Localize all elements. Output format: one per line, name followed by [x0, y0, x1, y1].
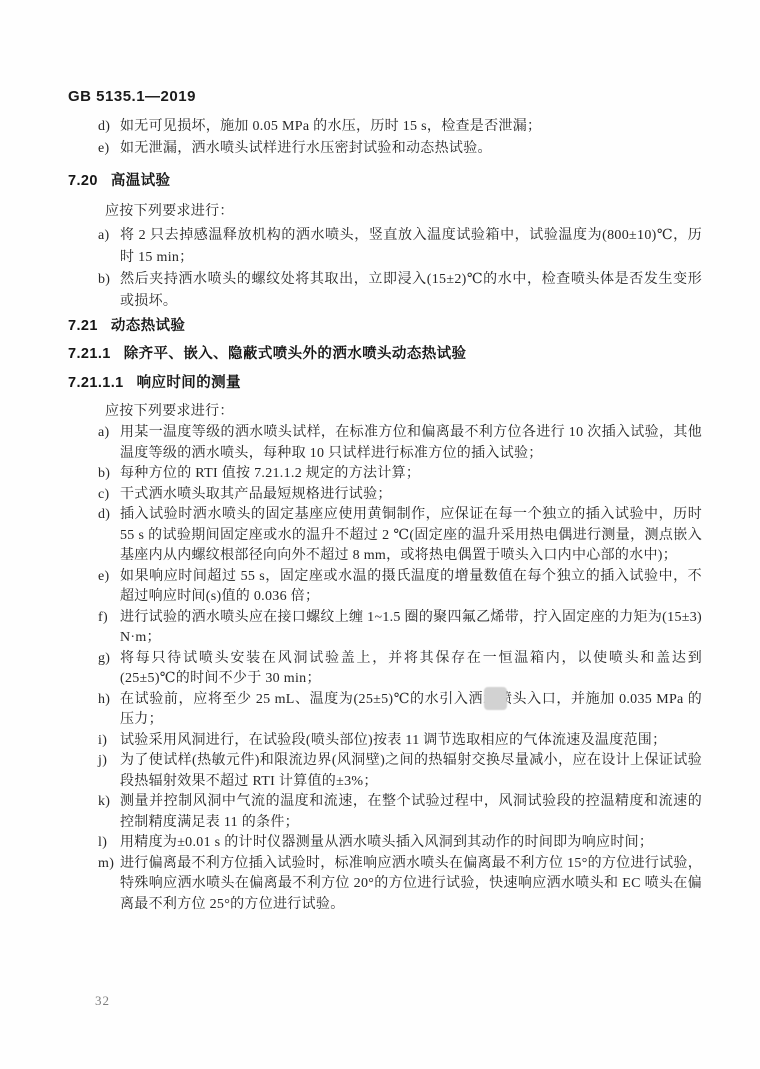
lead-paragraph: 应按下列要求进行： [68, 202, 702, 222]
list-item-text: 用某一温度等级的洒水喷头试样，在标准方位和偏离最不利方位各进行 10 次插入试验… [120, 423, 702, 464]
section-title: 除齐平、嵌入、隐蔽式喷头外的洒水喷头动态热试验 [124, 346, 467, 362]
scan-smudge-artifact [484, 687, 507, 710]
page-content: GB 5135.1—2019 d) 如无可见损坏，施加 0.05 MPa 的水压… [68, 88, 702, 915]
list-item-text: 每种方位的 RTI 值按 7.21.1.2 规定的方法计算； [120, 464, 702, 485]
list-item-label: a) [98, 423, 120, 464]
section-heading-7-21-1: 7.21.1除齐平、嵌入、隐蔽式喷头外的洒水喷头动态热试验 [68, 345, 702, 363]
list-item-label: f) [98, 608, 120, 649]
list-item-text: 如果响应时间超过 55 s，固定座或水温的摄氏温度的增量数值在每个独立的插入试验… [120, 567, 702, 608]
list-item-label: d) [98, 505, 120, 567]
section-number: 7.21.1.1 [68, 375, 124, 391]
list-item: k) 测量并控制风洞中气流的温度和流速，在整个试验过程中，风洞试验段的控温精度和… [68, 792, 702, 833]
section-number: 7.20 [68, 173, 98, 189]
standard-code-header: GB 5135.1—2019 [68, 88, 702, 106]
list-item-text: 进行试验的洒水喷头应在接口螺纹上缠 1~1.5 圈的聚四氟乙烯带，拧入固定座的力… [120, 608, 702, 649]
list-item-text: 为了使试样(热敏元件)和限流边界(风洞壁)之间的热辐射交换尽量减小，应在设计上保… [120, 751, 702, 792]
list-section-7-20: a) 将 2 只去掉感温释放机构的洒水喷头，竖直放入温度试验箱中，试验温度为(8… [68, 225, 702, 313]
list-item: d) 如无可见损坏，施加 0.05 MPa 的水压，历时 15 s，检查是否泄漏… [68, 116, 702, 138]
list-item: b) 每种方位的 RTI 值按 7.21.1.2 规定的方法计算； [68, 464, 702, 485]
list-section-7-21-1-1: a) 用某一温度等级的洒水喷头试样，在标准方位和偏离最不利方位各进行 10 次插… [68, 423, 702, 915]
list-item-label: e) [98, 138, 120, 160]
list-item: e) 如无泄漏，洒水喷头试样进行水压密封试验和动态热试验。 [68, 138, 702, 160]
list-item: a) 将 2 只去掉感温释放机构的洒水喷头，竖直放入温度试验箱中，试验温度为(8… [68, 225, 702, 269]
list-item-label: m) [98, 854, 120, 916]
list-item-label: a) [98, 225, 120, 269]
list-item: c) 干式洒水喷头取其产品最短规格进行试验； [68, 485, 702, 506]
list-item-text: 如无可见损坏，施加 0.05 MPa 的水压，历时 15 s，检查是否泄漏； [120, 116, 702, 138]
section-heading-7-20: 7.20高温试验 [68, 172, 702, 190]
list-item-text: 在试验前，应将至少 25 mL、温度为(25±5)℃的水引入洒水喷头入口，并施加… [120, 690, 702, 731]
section-title: 响应时间的测量 [137, 375, 241, 391]
page-number: 32 [95, 993, 110, 1008]
list-item-text: 将 2 只去掉感温释放机构的洒水喷头，竖直放入温度试验箱中，试验温度为(800±… [120, 225, 702, 269]
list-item-text: 如无泄漏，洒水喷头试样进行水压密封试验和动态热试验。 [120, 138, 702, 160]
section-number: 7.21.1 [68, 346, 111, 362]
list-item-label: j) [98, 751, 120, 792]
list-item: j) 为了使试样(热敏元件)和限流边界(风洞壁)之间的热辐射交换尽量减小，应在设… [68, 751, 702, 792]
list-item-label: h) [98, 690, 120, 731]
list-item: m) 进行偏离最不利方位插入试验时，标准响应洒水喷头在偏离最不利方位 15°的方… [68, 854, 702, 916]
list-item-text: 干式洒水喷头取其产品最短规格进行试验； [120, 485, 702, 506]
list-item-label: d) [98, 116, 120, 138]
list-item: d) 插入试验时洒水喷头的固定基座应使用黄铜制作，应保证在每一个独立的插入试验中… [68, 505, 702, 567]
list-item-label: g) [98, 649, 120, 690]
list-item-text: 然后夹持洒水喷头的螺纹处将其取出，立即浸入(15±2)℃的水中，检查喷头体是否发… [120, 269, 702, 313]
list-item-label: c) [98, 485, 120, 506]
list-item: f) 进行试验的洒水喷头应在接口螺纹上缠 1~1.5 圈的聚四氟乙烯带，拧入固定… [68, 608, 702, 649]
list-item-text: 试验采用风洞进行，在试验段(喷头部位)按表 11 调节选取相应的气体流速及温度范… [120, 731, 702, 752]
section-title: 动态热试验 [111, 318, 186, 334]
list-item: a) 用某一温度等级的洒水喷头试样，在标准方位和偏离最不利方位各进行 10 次插… [68, 423, 702, 464]
list-item: e) 如果响应时间超过 55 s，固定座或水温的摄氏温度的增量数值在每个独立的插… [68, 567, 702, 608]
list-preceding-section: d) 如无可见损坏，施加 0.05 MPa 的水压，历时 15 s，检查是否泄漏… [68, 116, 702, 160]
list-item-label: l) [98, 833, 120, 854]
section-heading-7-21: 7.21动态热试验 [68, 317, 702, 335]
list-item: i) 试验采用风洞进行，在试验段(喷头部位)按表 11 调节选取相应的气体流速及… [68, 731, 702, 752]
list-item: h) 在试验前，应将至少 25 mL、温度为(25±5)℃的水引入洒水喷头入口，… [68, 690, 702, 731]
list-item-label: e) [98, 567, 120, 608]
list-item-label: k) [98, 792, 120, 833]
document-page: GB 5135.1—2019 d) 如无可见损坏，施加 0.05 MPa 的水压… [0, 0, 760, 1069]
lead-paragraph: 应按下列要求进行： [68, 402, 702, 422]
list-item: b) 然后夹持洒水喷头的螺纹处将其取出，立即浸入(15±2)℃的水中，检查喷头体… [68, 269, 702, 313]
list-item-label: b) [98, 464, 120, 485]
list-item: l) 用精度为±0.01 s 的计时仪器测量从洒水喷头插入风洞到其动作的时间即为… [68, 833, 702, 854]
list-item-text: 用精度为±0.01 s 的计时仪器测量从洒水喷头插入风洞到其动作的时间即为响应时… [120, 833, 702, 854]
list-item: g) 将每只待试喷头安装在风洞试验盖上，并将其保存在一恒温箱内，以使喷头和盖达到… [68, 649, 702, 690]
list-item-text: 进行偏离最不利方位插入试验时，标准响应洒水喷头在偏离最不利方位 15°的方位进行… [120, 854, 702, 916]
list-item-text: 插入试验时洒水喷头的固定基座应使用黄铜制作，应保证在每一个独立的插入试验中，历时… [120, 505, 702, 567]
list-item-text: 将每只待试喷头安装在风洞试验盖上，并将其保存在一恒温箱内，以使喷头和盖达到(25… [120, 649, 702, 690]
list-item-text: 测量并控制风洞中气流的温度和流速，在整个试验过程中，风洞试验段的控温精度和流速的… [120, 792, 702, 833]
section-number: 7.21 [68, 318, 98, 334]
section-heading-7-21-1-1: 7.21.1.1响应时间的测量 [68, 374, 702, 392]
list-item-label: b) [98, 269, 120, 313]
section-title: 高温试验 [111, 173, 171, 189]
list-item-label: i) [98, 731, 120, 752]
